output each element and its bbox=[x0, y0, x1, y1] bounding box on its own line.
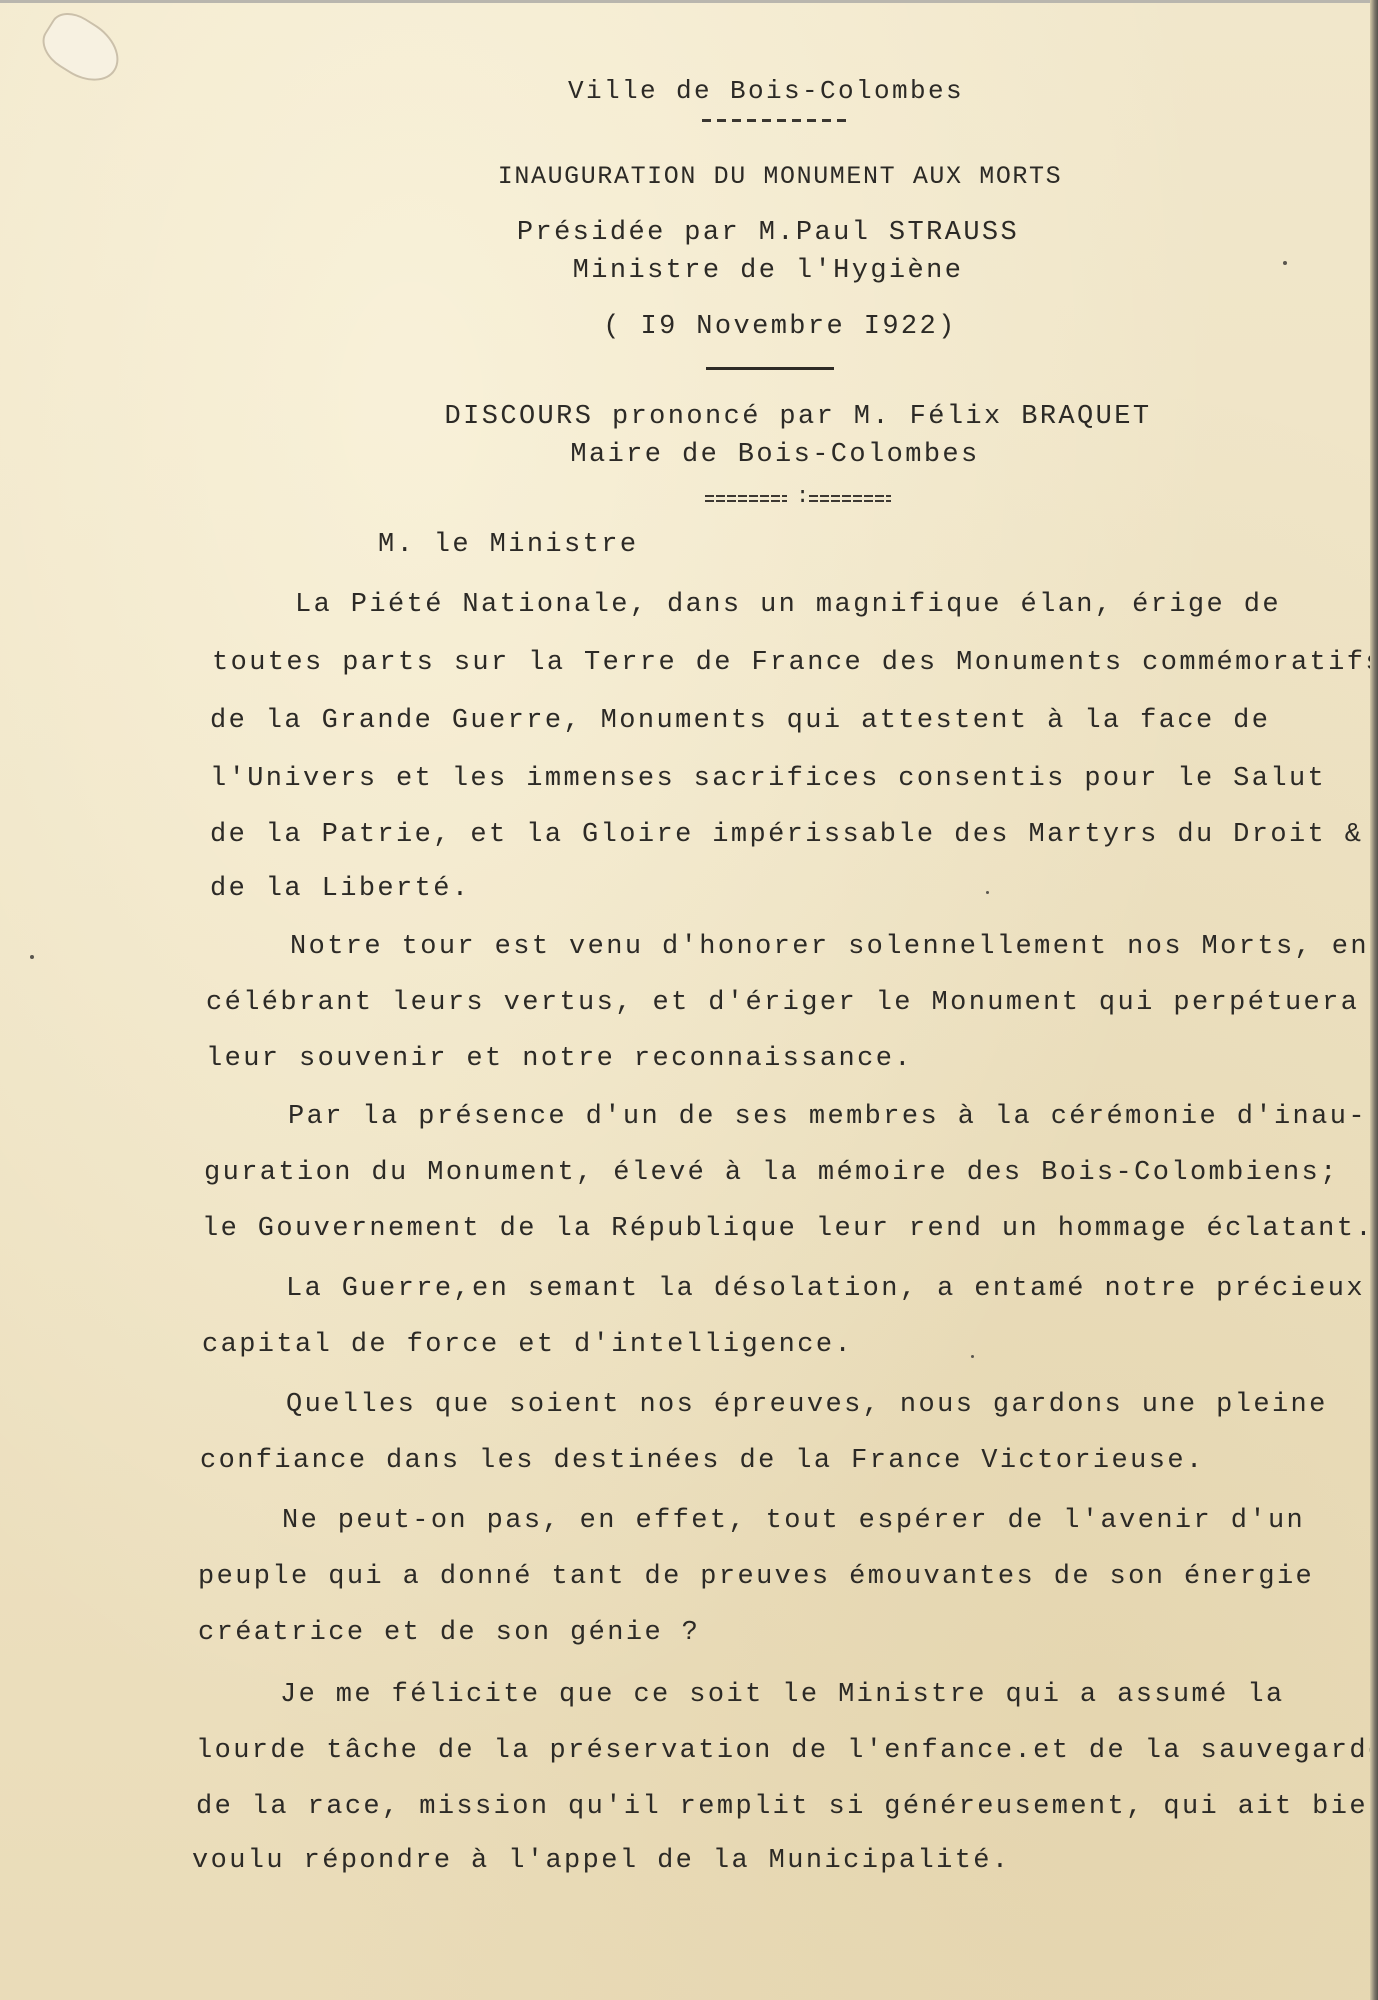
paragraph-line: peuple qui a donné tant de preuves émouv… bbox=[198, 1561, 1314, 1593]
presider-role: Ministre de l'Hygiène bbox=[573, 255, 964, 287]
event-date: ( I9 Novembre I922) bbox=[603, 311, 956, 343]
paragraph-line: toutes parts sur la Terre de France des … bbox=[212, 647, 1378, 679]
paragraph-line: La Piété Nationale, dans un magnifique é… bbox=[295, 589, 1281, 621]
paper-speck bbox=[986, 891, 989, 894]
paragraph-line: capital de force et d'intelligence. bbox=[202, 1329, 853, 1361]
speaker-role: Maire de Bois-Colombes bbox=[570, 439, 979, 471]
divider-colon: : bbox=[796, 484, 809, 509]
solid-divider bbox=[706, 367, 834, 370]
paper-speck bbox=[30, 955, 34, 959]
paper-speck bbox=[971, 1355, 974, 1358]
salutation: M. le Ministre bbox=[378, 529, 638, 561]
paragraph-line: de la race, mission qu'il remplit si gén… bbox=[196, 1791, 1378, 1823]
paper-speck bbox=[1283, 261, 1287, 265]
paragraph-line: La Guerre,en semant la désolation, a ent… bbox=[286, 1273, 1365, 1305]
paragraph-line: Je me félicite que ce soit le Ministre q… bbox=[280, 1679, 1285, 1711]
event-title: INAUGURATION DU MONUMENT AUX MORTS bbox=[498, 161, 1062, 193]
paragraph-line: guration du Monument, élevé à la mémoire… bbox=[204, 1157, 1339, 1189]
document-page: Ville de Bois-Colombes INAUGURATION DU M… bbox=[0, 0, 1370, 2000]
paragraph-line: de la Patrie, et la Gloire impérissable … bbox=[210, 819, 1363, 851]
paragraph-line: Quelles que soient nos épreuves, nous ga… bbox=[286, 1389, 1328, 1421]
double-dash-divider: : bbox=[705, 495, 895, 505]
paragraph-line: confiance dans les destinées de la Franc… bbox=[200, 1445, 1205, 1477]
town-heading: Ville de Bois-Colombes bbox=[568, 75, 964, 107]
paragraph-line: le Gouvernement de la République leur re… bbox=[202, 1213, 1374, 1245]
paragraph-line: leur souvenir et notre reconnaissance. bbox=[206, 1043, 913, 1075]
paragraph-line: créatrice et de son génie ? bbox=[198, 1617, 700, 1649]
paragraph-line: voulu répondre à l'appel de la Municipal… bbox=[192, 1845, 1011, 1877]
paragraph-line: l'Univers et les immenses sacrifices con… bbox=[210, 763, 1326, 795]
paragraph-line: célébrant leurs vertus, et d'ériger le M… bbox=[206, 987, 1359, 1019]
torn-corner bbox=[34, 4, 131, 93]
paragraph-line: de la Liberté. bbox=[210, 873, 470, 905]
paragraph-line: de la Grande Guerre, Monuments qui attes… bbox=[210, 705, 1270, 737]
paragraph-line: Ne peut-on pas, en effet, tout espérer d… bbox=[282, 1505, 1305, 1537]
presided-by: Présidée par M.Paul STRAUSS bbox=[517, 217, 1019, 249]
page-edge-shadow bbox=[1370, 0, 1378, 2000]
dashed-divider bbox=[702, 119, 852, 122]
speech-title: DISCOURS prononcé par M. Félix BRAQUET bbox=[445, 401, 1152, 433]
paragraph-line: Par la présence d'un de ses membres à la… bbox=[288, 1101, 1367, 1133]
paragraph-line: lourde tâche de la préservation de l'enf… bbox=[196, 1735, 1378, 1767]
paragraph-line: Notre tour est venu d'honorer solennelle… bbox=[290, 931, 1369, 963]
